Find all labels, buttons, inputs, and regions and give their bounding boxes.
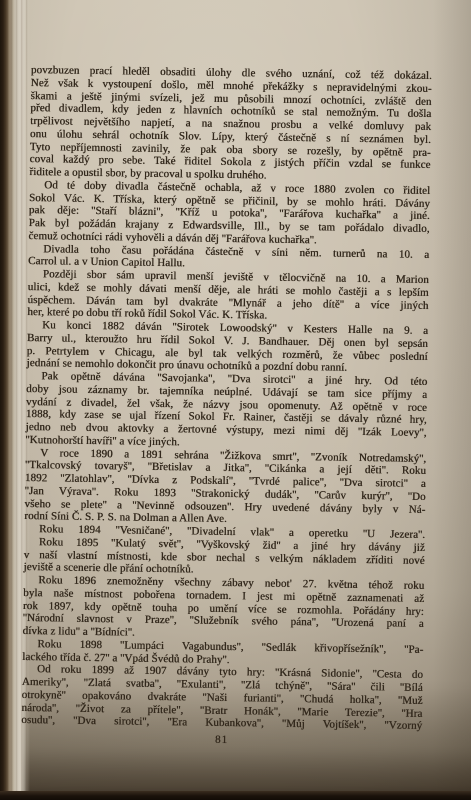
paragraph: V roce 1890 a 1891 sehrána ''Žižkova smr… (24, 446, 426, 528)
paragraph: Ku konci 1882 dáván ''Sirotek Lowoodský'… (26, 319, 428, 376)
book-bottom-edge (0, 791, 471, 800)
book-page-photo: povzbuzen prací hleděl obsaditi úlohy dl… (0, 0, 471, 800)
paragraph: Roku 1895 ''Kulatý svět'', ''Vyškovský ž… (23, 536, 425, 580)
paragraph: povzbuzen prací hleděl obsaditi úlohy dl… (29, 64, 432, 185)
page-text-block: povzbuzen prací hleděl obsaditi úlohy dl… (21, 64, 432, 750)
paragraph: Roku 1896 znemožněny všechny zábavy nebo… (22, 574, 424, 644)
paragraph: Později sbor sám upravil menší jeviště v… (27, 268, 429, 325)
paragraphs-container: povzbuzen prací hleděl obsaditi úlohy dl… (21, 64, 432, 733)
paragraph: Od roku 1899 až 1907 dávány tyto hry: ''… (21, 663, 423, 733)
paragraph: Pak opětně dávána ''Savojanka'', ''Dva s… (25, 370, 427, 452)
paragraph: Od té doby divadla částečně ochabla, až … (28, 179, 430, 249)
